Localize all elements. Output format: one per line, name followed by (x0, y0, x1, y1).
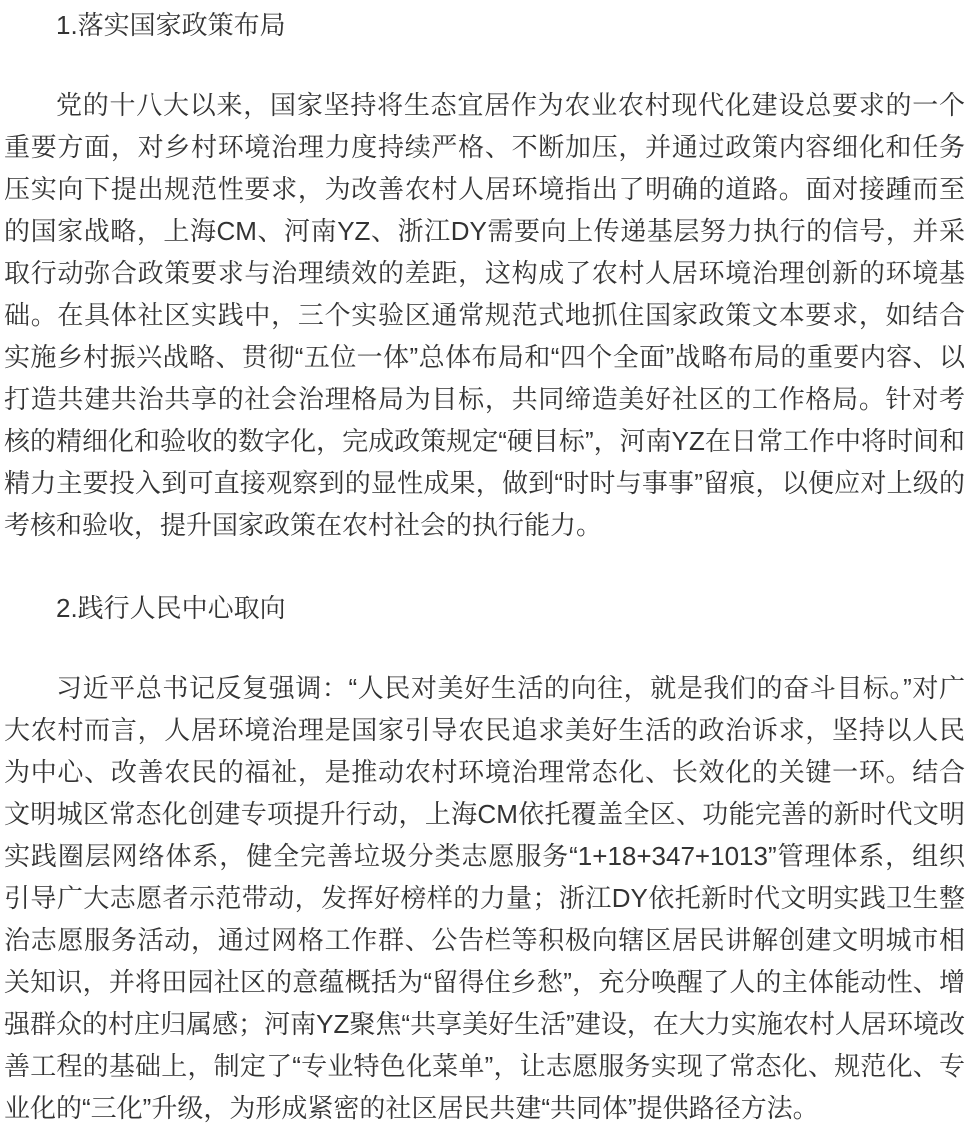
section-1-paragraph: 党的十八大以来，国家坚持将生态宜居作为农业农村现代化建设总要求的一个重要方面，对… (4, 84, 965, 546)
section-1-heading: 1.落实国家政策布局 (4, 4, 965, 46)
section-2-heading: 2.践行人民中心取向 (4, 587, 965, 629)
section-2-paragraph: 习近平总书记反复强调：“人民对美好生活的向往，就是我们的奋斗目标。”对广大农村而… (4, 667, 965, 1126)
document-body: 1.落实国家政策布局 党的十八大以来，国家坚持将生态宜居作为农业农村现代化建设总… (0, 0, 970, 1126)
